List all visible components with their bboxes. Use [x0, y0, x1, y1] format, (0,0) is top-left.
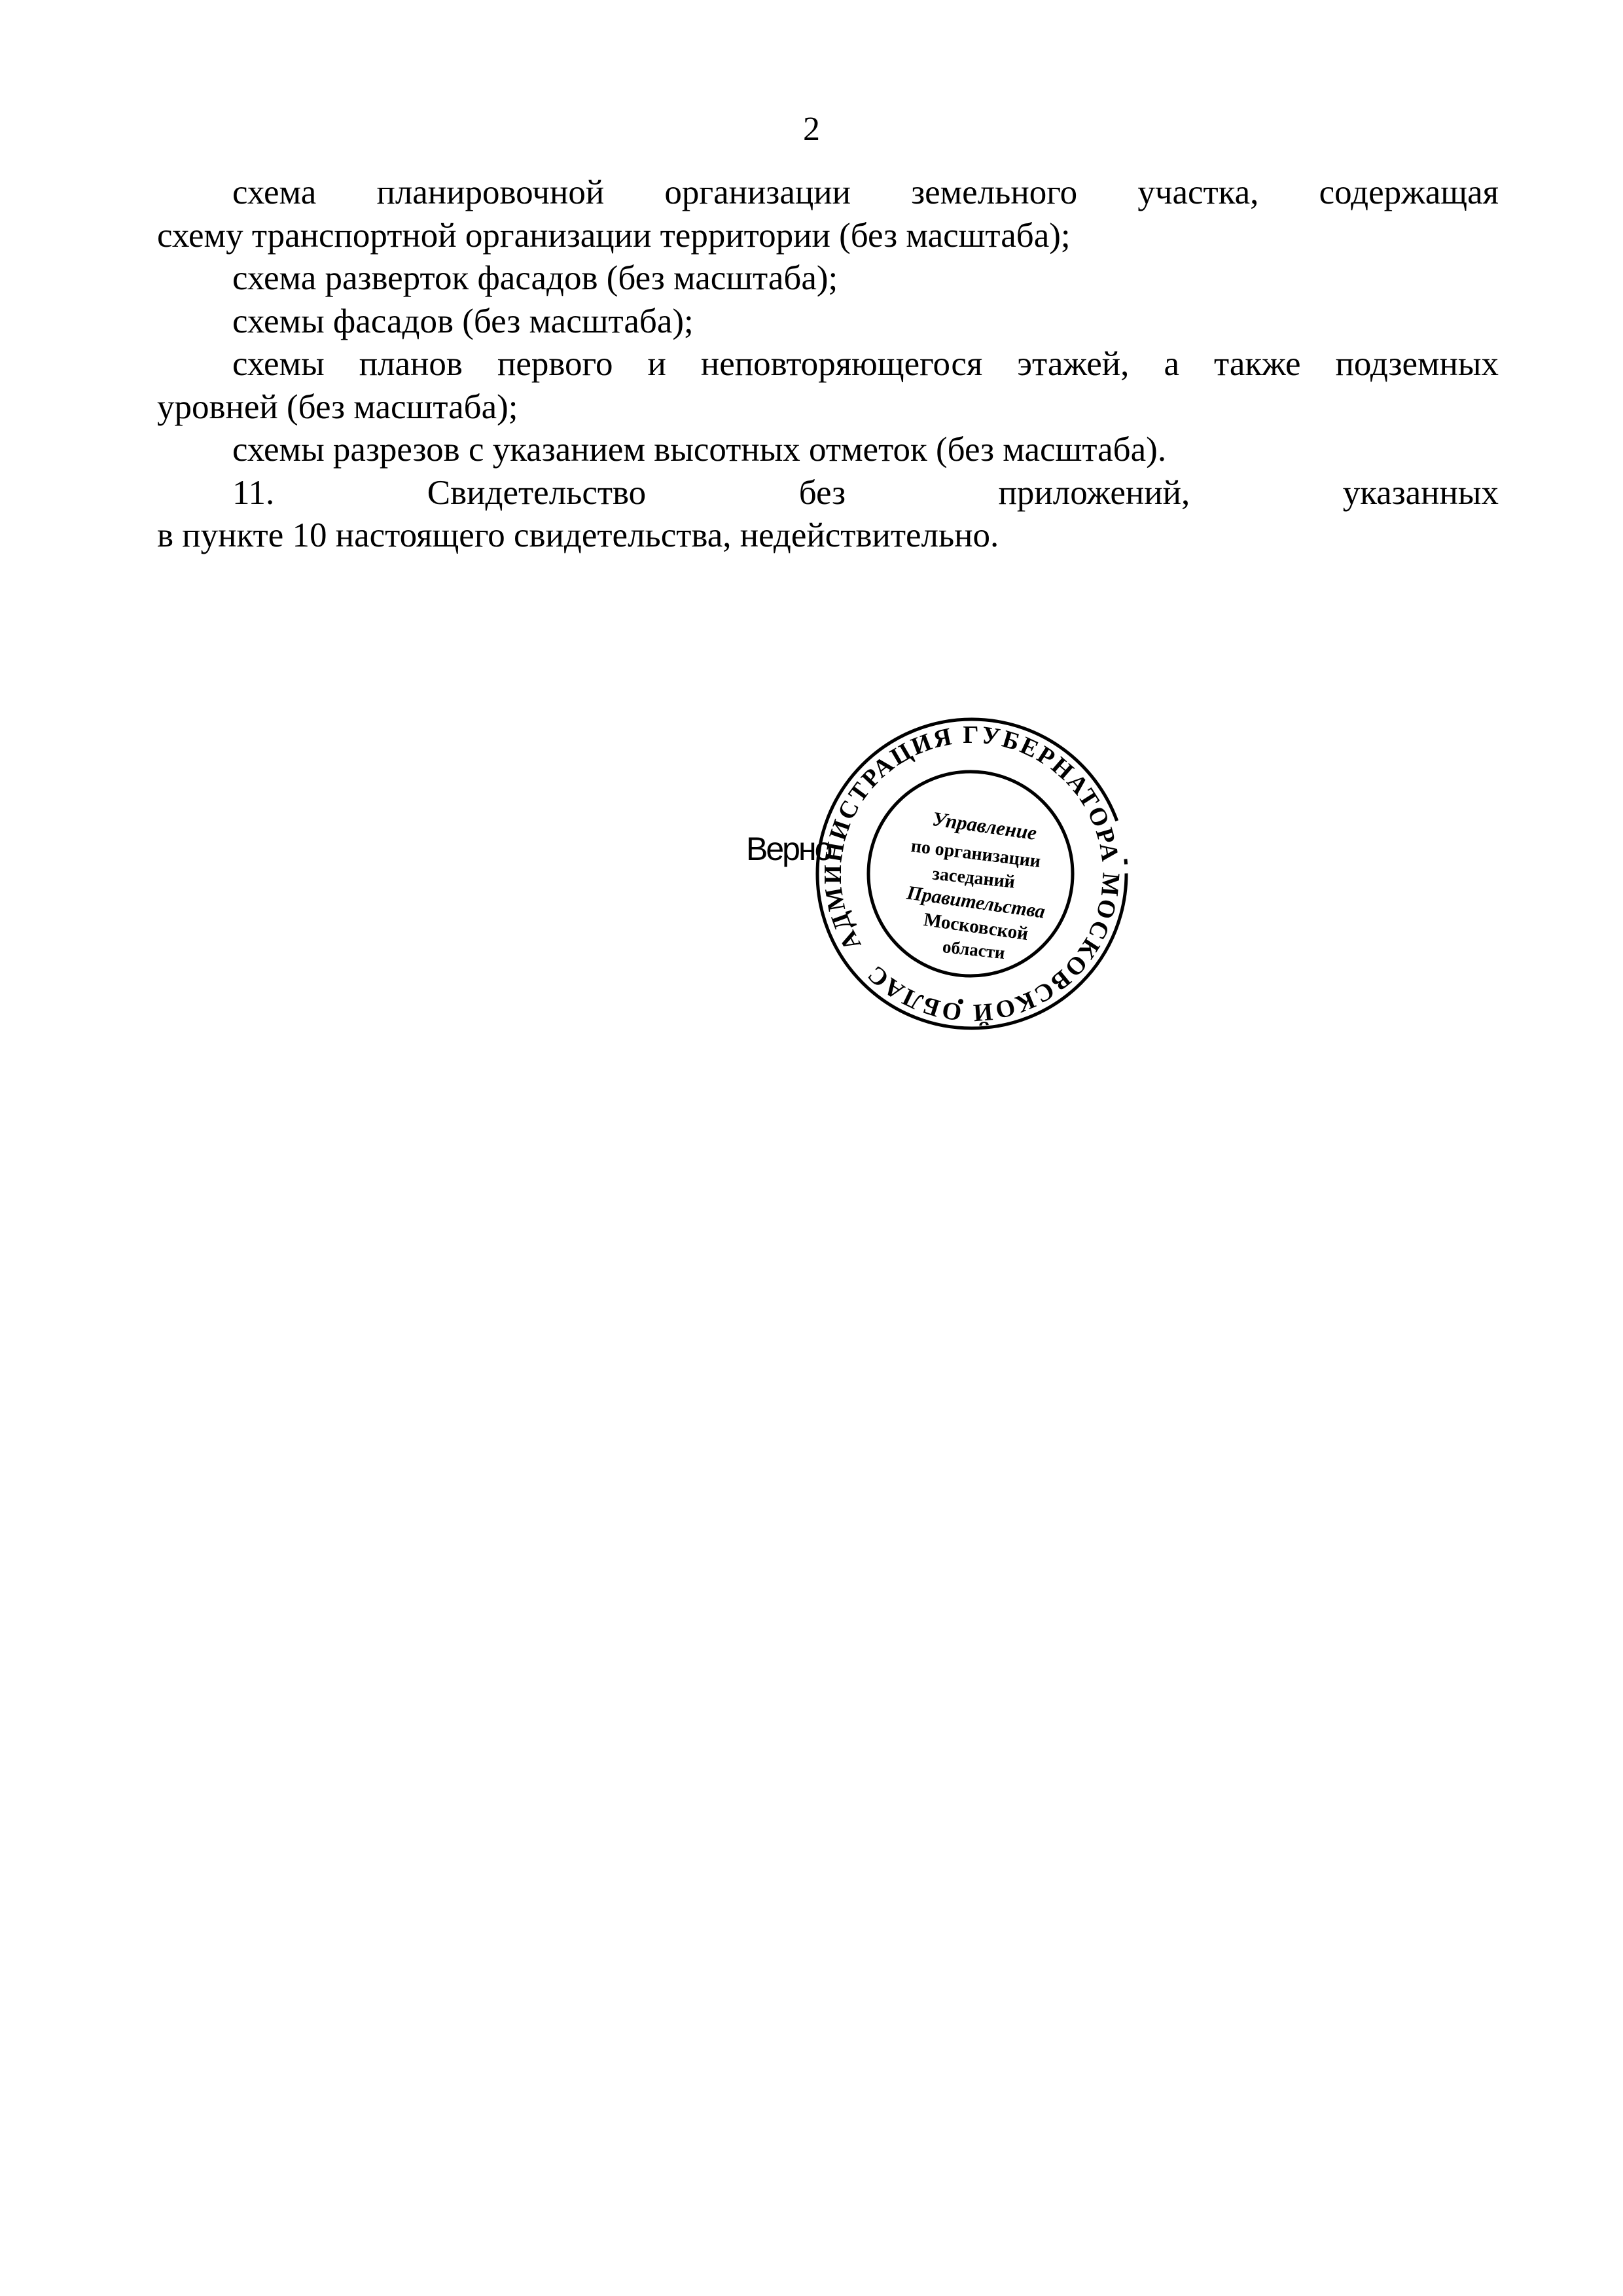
- official-seal: АДМИНИСТРАЦИЯ ГУБЕРНАТОРА МОСКОВСКОЙ ОБЛ…: [808, 710, 1135, 1037]
- paragraph-facades: схемы фасадов (без масштаба);: [157, 300, 1499, 344]
- paragraph-site-plan: схема планировочной организации земельно…: [157, 171, 1499, 257]
- text-line: схемы разрезов с указанием высотных отме…: [157, 429, 1499, 472]
- text-line: схему транспортной организации территори…: [82, 215, 1499, 258]
- paragraph-item-11: 11. Свидетельство без приложений, указан…: [157, 472, 1499, 558]
- paragraph-sections: схемы разрезов с указанием высотных отме…: [157, 429, 1499, 472]
- text-line: схемы планов первого и неповторяющегося …: [157, 343, 1499, 386]
- seal-inner-line: области: [942, 937, 1006, 963]
- text-line: схема планировочной организации земельно…: [157, 171, 1499, 215]
- seal-star-icon: •: [957, 991, 965, 1013]
- paragraph-floor-plans: схемы планов первого и неповторяющегося …: [157, 343, 1499, 429]
- text-line: в пункте 10 настоящего свидетельства, не…: [82, 514, 1499, 558]
- text-line: схемы фасадов (без масштаба);: [157, 300, 1499, 344]
- text-line: 11. Свидетельство без приложений, указан…: [157, 472, 1499, 515]
- document-body: схема планировочной организации земельно…: [157, 171, 1499, 558]
- paragraph-facade-developments: схема разверток фасадов (без масштаба);: [157, 257, 1499, 300]
- seal-inner-line: Управление: [931, 807, 1038, 844]
- text-line: схема разверток фасадов (без масштаба);: [157, 257, 1499, 300]
- text-line: уровней (без масштаба);: [82, 386, 1499, 429]
- page-number: 2: [0, 110, 1623, 149]
